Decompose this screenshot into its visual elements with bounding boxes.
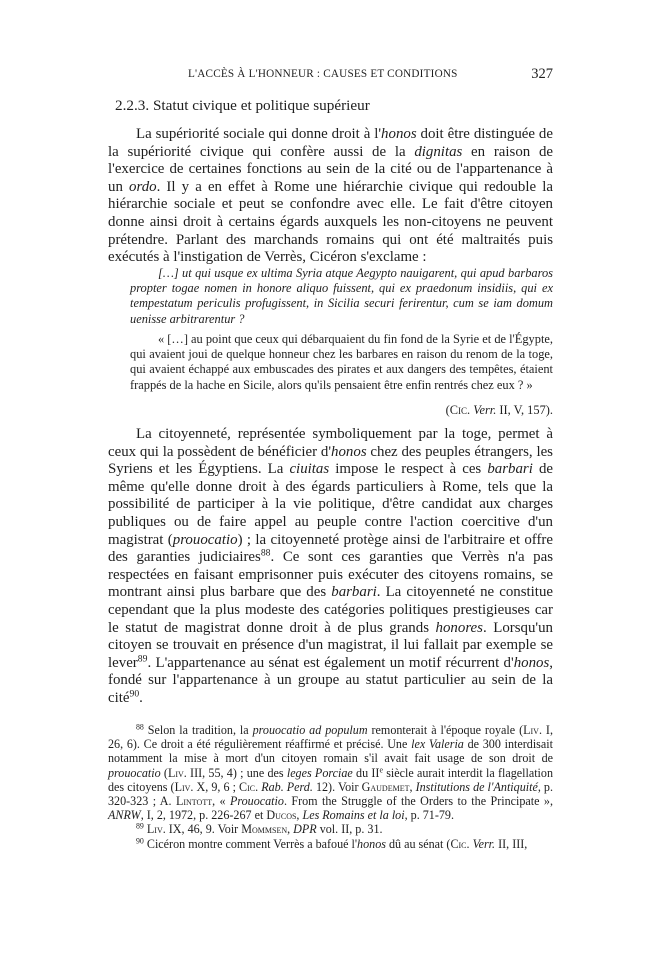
section-heading: 2.2.3. Statut civique et politique supér… (115, 97, 370, 115)
italic-term: honos (357, 837, 386, 851)
page-number: 327 (531, 66, 553, 83)
italic-term: honos (381, 126, 417, 142)
italic-term: barbari (331, 584, 377, 600)
book-title: DPR (293, 822, 317, 836)
book-title: Les Romains et la loi (302, 808, 404, 822)
text: . (139, 690, 143, 706)
author-abbrev: Liv. (168, 766, 187, 780)
italic-term: prouocatio (108, 766, 161, 780)
text: . Il y a en effet à Rome une hiérarchie … (108, 179, 553, 265)
text: Selon la tradition, la (144, 723, 253, 737)
text: II, V, 157). (496, 403, 553, 417)
italic-term: prouocatio ad populum (253, 723, 368, 737)
text: . From the Struggle of the Orders to the… (284, 794, 553, 808)
footnote-ref-90[interactable]: 90 (130, 689, 140, 700)
work-title: Verr. (473, 403, 496, 417)
text: impose le respect à ces (329, 461, 487, 477)
text: . L'appartenance au sénat est également … (147, 655, 513, 671)
author-abbrev: Cic. (450, 403, 470, 417)
footnote-90: 90 Cicéron montre comment Verrès a bafou… (108, 837, 553, 851)
italic-term: lex Valeria (411, 737, 464, 751)
author-name: Ducos (266, 808, 296, 822)
text: La supériorité sociale qui donne droit à… (136, 126, 381, 142)
author-abbrev: Cic. (450, 837, 469, 851)
text: Cicéron montre comment Verrès a bafoué l… (144, 837, 357, 851)
author-abbrev: Liv. (175, 780, 194, 794)
footnote-88: 88 Selon la tradition, la prouocatio ad … (108, 723, 553, 822)
italic-term: leges Porciae (287, 766, 353, 780)
text: X, 9, 6 ; (193, 780, 239, 794)
journal-title: ANRW (108, 808, 141, 822)
body-paragraph-2: La citoyenneté, représentée symboliqueme… (108, 426, 553, 708)
text: ( (161, 766, 168, 780)
italic-term: honos (514, 655, 550, 671)
text: IX, 46, 9. Voir (166, 822, 241, 836)
italic-term: Prouocatio (230, 794, 284, 808)
work-title: Verr. (473, 837, 496, 851)
author-name: Gaudemet (362, 780, 410, 794)
text: du II (353, 766, 380, 780)
text: remonterait à l'époque royale ( (368, 723, 524, 737)
italic-term: Rab. Perd. (261, 780, 313, 794)
author-abbrev: Liv. (523, 723, 542, 737)
text: , p. 71-79. (405, 808, 454, 822)
author-abbrev: Liv. (147, 822, 166, 836)
footnote-number: 88 (136, 723, 144, 732)
footnote-number: 89 (136, 822, 144, 831)
author-name: Lintott (176, 794, 212, 808)
italic-term: ordo (129, 179, 157, 195)
running-title: L'ACCÈS À L'HONNEUR : CAUSES ET CONDITIO… (188, 68, 458, 80)
text: III, 55, 4) ; une des (187, 766, 287, 780)
footnote-89: 89 Liv. IX, 46, 9. Voir Mommsen, DPR vol… (108, 822, 553, 836)
text: dû au sénat ( (386, 837, 450, 851)
footnotes: 88 Selon la tradition, la prouocatio ad … (108, 723, 553, 851)
text: , I, 2, 1972, p. 226-267 et (141, 808, 267, 822)
body-paragraph-1: La supériorité sociale qui donne droit à… (108, 126, 553, 267)
author-abbrev: Cic. (239, 780, 258, 794)
footnote-number: 90 (136, 836, 144, 845)
footnote-ref-89[interactable]: 89 (138, 653, 148, 664)
book-title: Institutions de l'Antiquité (416, 780, 538, 794)
italic-term: barbari (487, 461, 533, 477)
latin-quotation: […] ut qui usque ex ultima Syria atque A… (130, 266, 553, 327)
italic-term: dignitas (414, 144, 462, 160)
italic-term: prouocatio (173, 532, 238, 548)
italic-term: honos (331, 444, 367, 460)
text: 12). Voir (313, 780, 362, 794)
author-name: Mommsen (241, 822, 287, 836)
french-translation: « […] au point que ceux qui débarquaient… (130, 332, 553, 393)
text: , « (212, 794, 230, 808)
text: II, III, (495, 837, 527, 851)
quotation-source: (Cic. Verr. II, V, 157). (446, 403, 553, 418)
italic-term: honores (436, 620, 483, 636)
running-head: L'ACCÈS À L'HONNEUR : CAUSES ET CONDITIO… (108, 66, 553, 86)
text: vol. II, p. 31. (317, 822, 383, 836)
italic-term: ciuitas (289, 461, 329, 477)
footnote-ref-88[interactable]: 88 (261, 548, 271, 559)
